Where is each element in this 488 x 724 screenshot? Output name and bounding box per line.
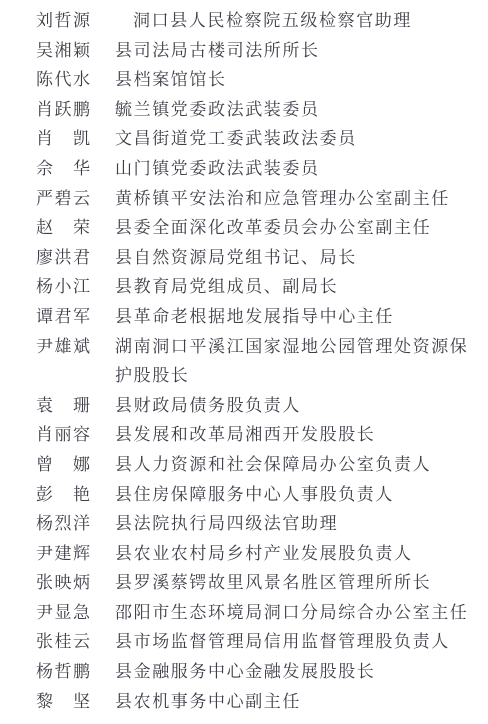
person-title: 县档案馆馆长 bbox=[115, 65, 477, 95]
list-item: 陈代水 县档案馆馆长 bbox=[0, 65, 488, 95]
person-title: 山门镇党委政法武装委员 bbox=[115, 154, 477, 184]
person-name: 黎 坚 bbox=[36, 687, 92, 717]
list-item: 尹显急 邵阳市生态环境局洞口分局综合办公室主任 bbox=[0, 598, 488, 628]
person-name: 杨烈洋 bbox=[36, 509, 92, 539]
list-item: 吴湘颖 县司法局古楼司法所所长 bbox=[0, 36, 488, 66]
person-name: 杨哲鹏 bbox=[36, 657, 92, 687]
person-title: 毓兰镇党委政法武装委员 bbox=[115, 95, 477, 125]
person-name: 张桂云 bbox=[36, 627, 92, 657]
person-title: 县革命老根据地发展指导中心主任 bbox=[115, 302, 477, 332]
person-name: 彭 艳 bbox=[36, 480, 92, 510]
person-title: 邵阳市生态环境局洞口分局综合办公室主任 bbox=[115, 598, 477, 628]
person-title: 县委全面深化改革委员会办公室副主任 bbox=[115, 213, 477, 243]
person-title: 县人力资源和社会保障局办公室负责人 bbox=[115, 450, 477, 480]
list-item: 张桂云 县市场监督管理局信用监督管理股负责人 bbox=[0, 627, 488, 657]
person-name: 赵 荣 bbox=[36, 213, 92, 243]
list-item: 谭君军 县革命老根据地发展指导中心主任 bbox=[0, 302, 488, 332]
person-title: 县罗溪蔡锷故里风景名胜区管理所所长 bbox=[115, 568, 477, 598]
person-title: 县农业农村局乡村产业发展股负责人 bbox=[115, 539, 477, 569]
list-item: 赵 荣 县委全面深化改革委员会办公室副主任 bbox=[0, 213, 488, 243]
person-title: 县自然资源局党组书记、局长 bbox=[115, 243, 477, 273]
person-name: 张映炳 bbox=[36, 568, 92, 598]
list-item: 尹雄斌 湖南洞口平溪江国家湿地公园管理处资源保护股股长 bbox=[0, 332, 488, 391]
person-name: 尹雄斌 bbox=[36, 332, 92, 362]
person-name: 佘 华 bbox=[36, 154, 92, 184]
person-title: 文昌街道党工委武装政法委员 bbox=[115, 124, 477, 154]
list-item: 杨烈洋 县法院执行局四级法官助理 bbox=[0, 509, 488, 539]
person-name: 吴湘颖 bbox=[36, 36, 92, 66]
person-title: 县住房保障服务中心人事股负责人 bbox=[115, 480, 477, 510]
person-name: 杨小江 bbox=[36, 272, 92, 302]
person-name: 严碧云 bbox=[36, 184, 92, 214]
person-title: 县农机事务中心副主任 bbox=[115, 687, 477, 717]
list-item: 黎 坚 县农机事务中心副主任 bbox=[0, 687, 488, 717]
person-name: 尹显急 bbox=[36, 598, 92, 628]
list-item: 彭 艳 县住房保障服务中心人事股负责人 bbox=[0, 480, 488, 510]
person-name: 曾 娜 bbox=[36, 450, 92, 480]
person-name: 肖跃鹏 bbox=[36, 95, 92, 125]
person-name: 袁 珊 bbox=[36, 391, 92, 421]
person-title: 黄桥镇平安法治和应急管理办公室副主任 bbox=[115, 184, 477, 214]
list-item: 张映炳 县罗溪蔡锷故里风景名胜区管理所所长 bbox=[0, 568, 488, 598]
person-name: 廖洪君 bbox=[36, 243, 92, 273]
person-title: 县金融服务中心金融发展股股长 bbox=[115, 657, 477, 687]
document-page: 刘哲源 洞口县人民检察院五级检察官助理 吴湘颖 县司法局古楼司法所所长 陈代水 … bbox=[0, 0, 488, 724]
person-title: 县财政局债务股负责人 bbox=[115, 391, 477, 421]
list-item: 严碧云 黄桥镇平安法治和应急管理办公室副主任 bbox=[0, 184, 488, 214]
list-item: 袁 珊 县财政局债务股负责人 bbox=[0, 391, 488, 421]
list-item: 肖 凯 文昌街道党工委武装政法委员 bbox=[0, 124, 488, 154]
list-item: 肖跃鹏 毓兰镇党委政法武装委员 bbox=[0, 95, 488, 125]
list-item: 杨小江 县教育局党组成员、副局长 bbox=[0, 272, 488, 302]
list-item: 佘 华 山门镇党委政法武装委员 bbox=[0, 154, 488, 184]
person-name: 肖 凯 bbox=[36, 124, 92, 154]
person-title: 洞口县人民检察院五级检察官助理 bbox=[133, 6, 477, 36]
list-item: 廖洪君 县自然资源局党组书记、局长 bbox=[0, 243, 488, 273]
list-item: 尹建辉 县农业农村局乡村产业发展股负责人 bbox=[0, 539, 488, 569]
person-title: 县发展和改革局湘西开发股股长 bbox=[115, 420, 477, 450]
person-name: 陈代水 bbox=[36, 65, 92, 95]
personnel-list: 刘哲源 洞口县人民检察院五级检察官助理 吴湘颖 县司法局古楼司法所所长 陈代水 … bbox=[0, 6, 488, 716]
person-name: 肖丽容 bbox=[36, 420, 92, 450]
list-item: 杨哲鹏 县金融服务中心金融发展股股长 bbox=[0, 657, 488, 687]
person-name: 尹建辉 bbox=[36, 539, 92, 569]
person-title: 县市场监督管理局信用监督管理股负责人 bbox=[115, 627, 477, 657]
person-title: 县司法局古楼司法所所长 bbox=[115, 36, 477, 66]
person-title: 县法院执行局四级法官助理 bbox=[115, 509, 477, 539]
list-item: 刘哲源 洞口县人民检察院五级检察官助理 bbox=[0, 6, 488, 36]
person-title: 县教育局党组成员、副局长 bbox=[115, 272, 477, 302]
person-title: 湖南洞口平溪江国家湿地公园管理处资源保护股股长 bbox=[115, 332, 477, 391]
person-name: 谭君军 bbox=[36, 302, 92, 332]
list-item: 曾 娜 县人力资源和社会保障局办公室负责人 bbox=[0, 450, 488, 480]
person-name: 刘哲源 bbox=[36, 6, 92, 36]
list-item: 肖丽容 县发展和改革局湘西开发股股长 bbox=[0, 420, 488, 450]
